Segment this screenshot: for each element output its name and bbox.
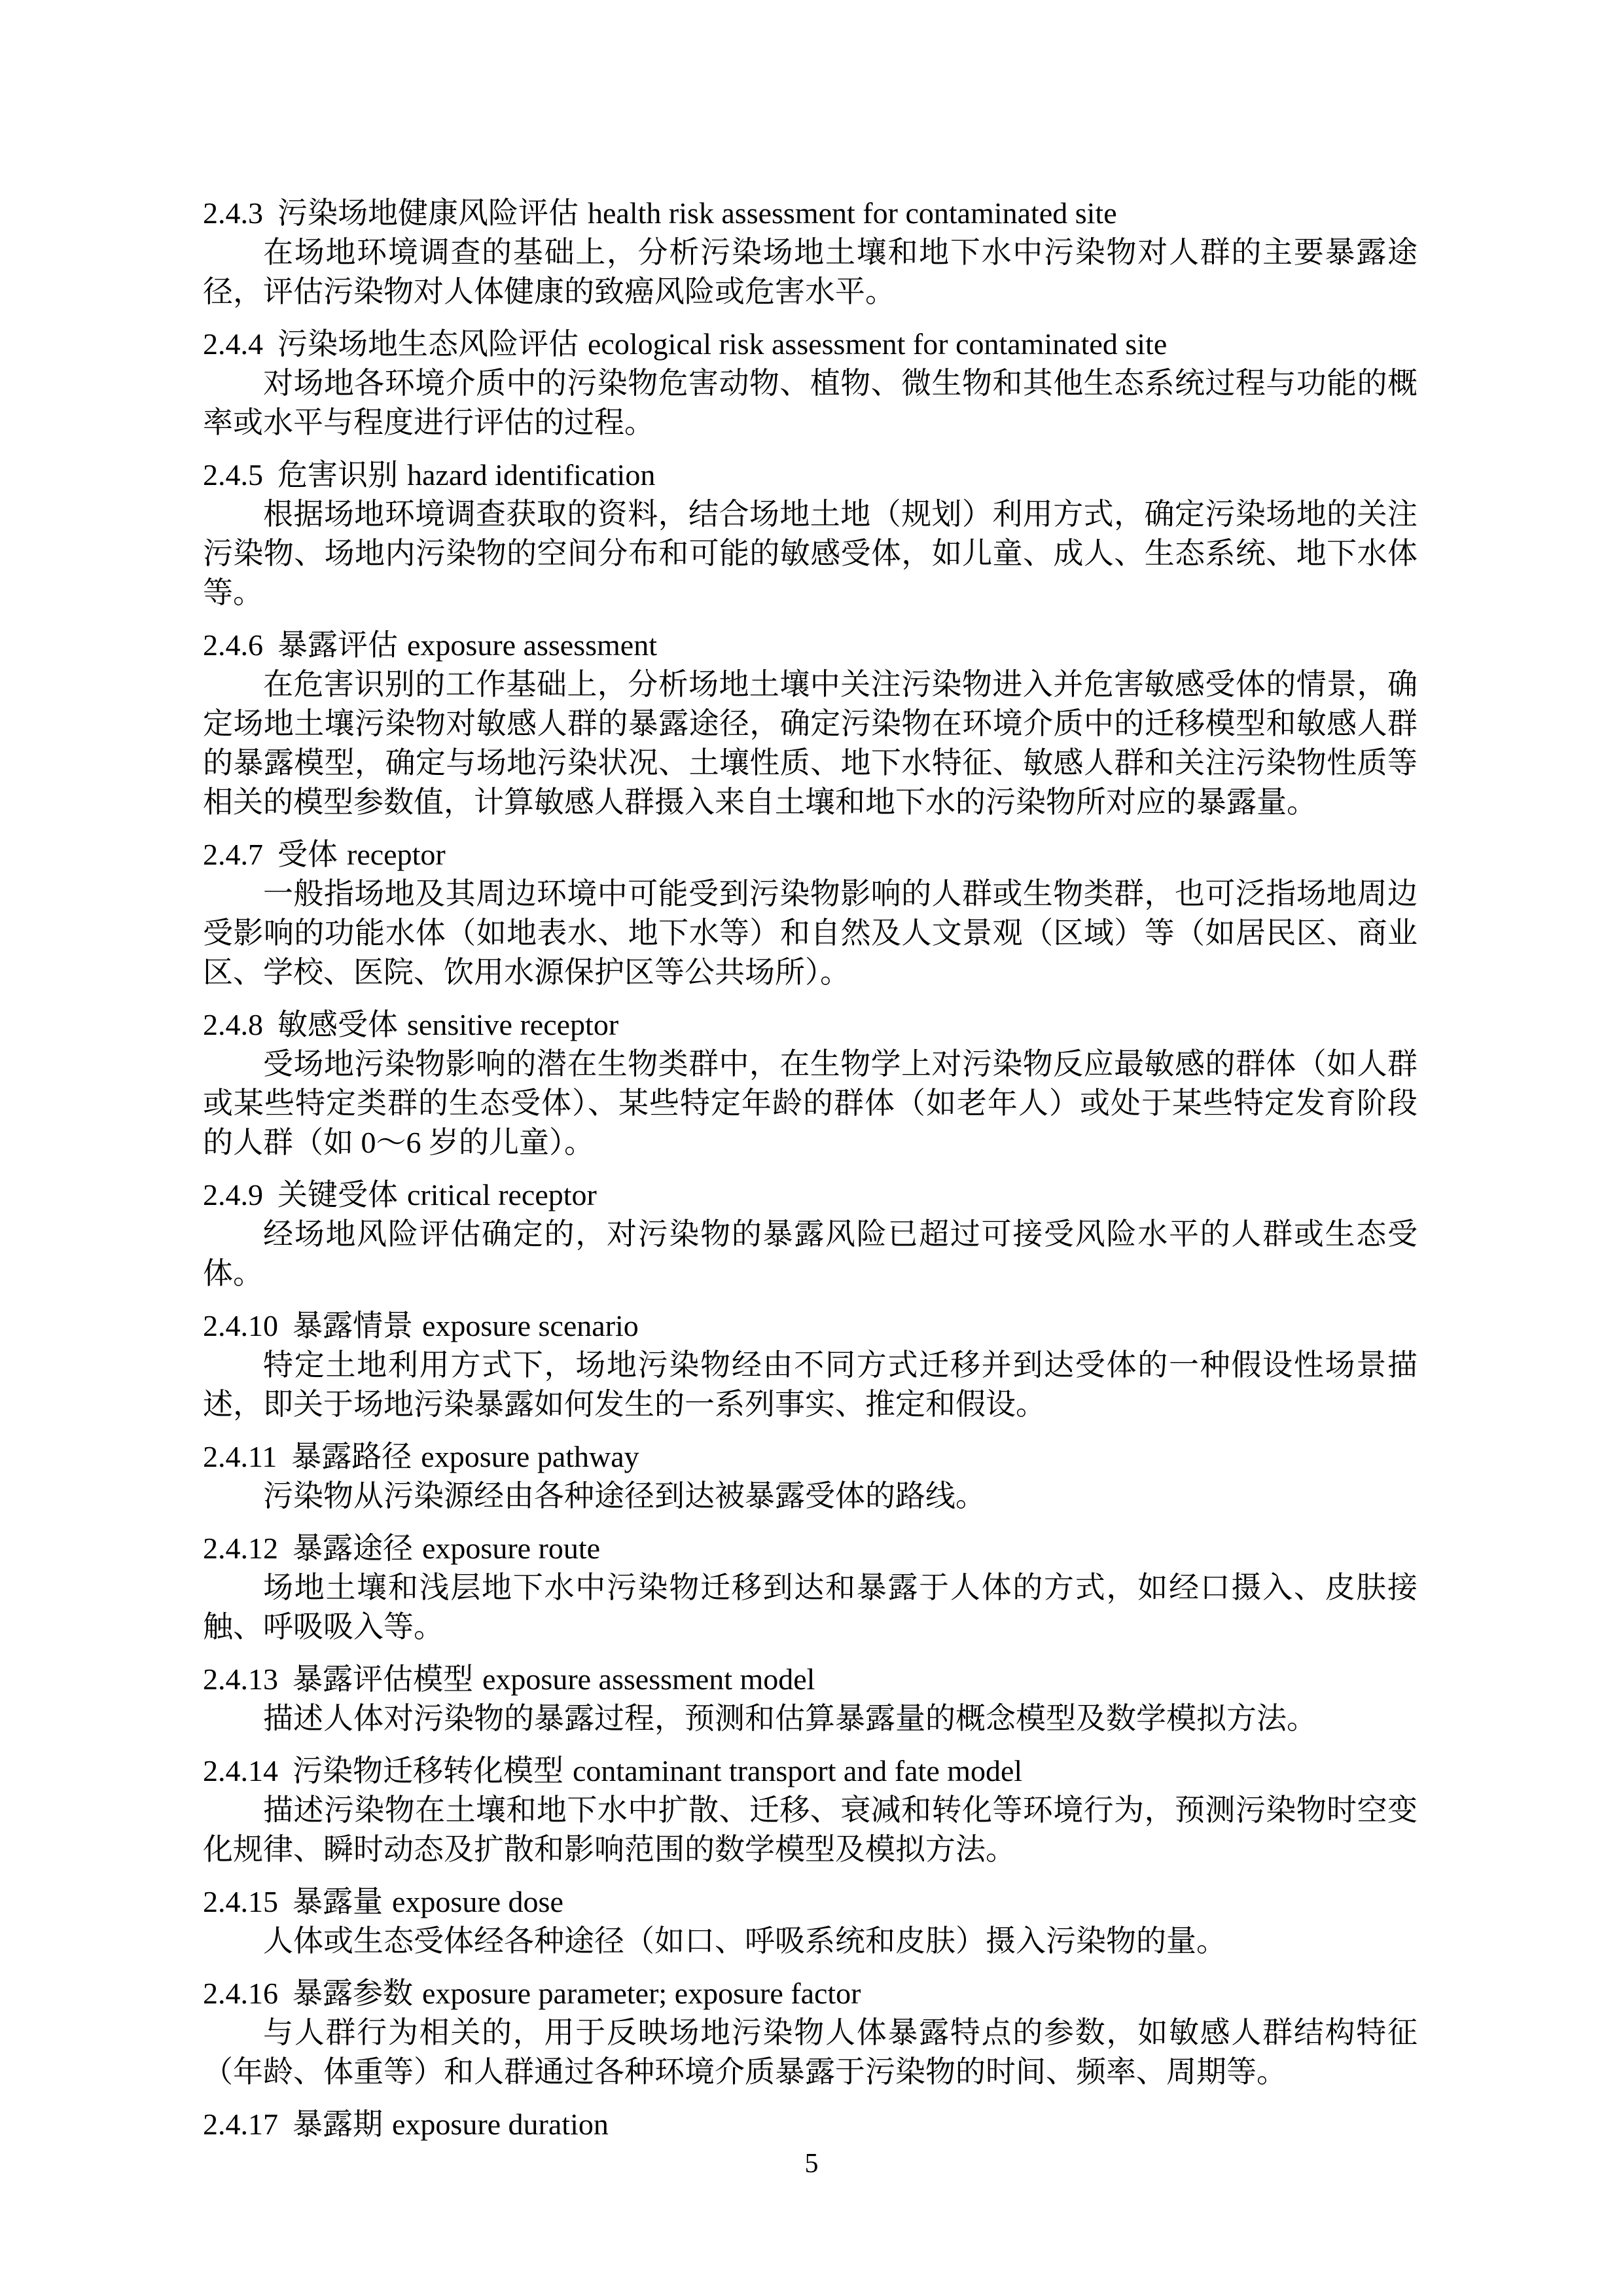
term-heading: 2.4.16暴露参数exposure parameter; exposure f… <box>203 1974 1418 2013</box>
term-section-2-4-5: 2.4.5危害识别hazard identification 根据场地环境调查获… <box>203 456 1418 613</box>
term-definition: 在危害识别的工作基础上，分析场地土壤中关注污染物进入并危害敏感受体的情景，确定场… <box>203 665 1418 822</box>
term-english: hazard identification <box>407 456 655 495</box>
term-number: 2.4.13 <box>203 1660 278 1699</box>
term-section-2-4-10: 2.4.10暴露情景exposure scenario 特定土地利用方式下，场地… <box>203 1306 1418 1424</box>
term-number: 2.4.5 <box>203 456 263 495</box>
term-number: 2.4.15 <box>203 1882 278 1922</box>
term-section-2-4-17: 2.4.17暴露期exposure duration <box>203 2105 1418 2144</box>
term-definition: 根据场地环境调查获取的资料，结合场地土地（规划）利用方式，确定污染场地的关注污染… <box>203 495 1418 613</box>
term-number: 2.4.10 <box>203 1306 278 1346</box>
term-english: exposure pathway <box>421 1437 639 1477</box>
term-chinese: 暴露评估模型 <box>293 1660 473 1699</box>
term-number: 2.4.7 <box>203 835 263 874</box>
term-english: exposure assessment <box>407 626 657 665</box>
term-number: 2.4.12 <box>203 1529 278 1568</box>
term-number: 2.4.3 <box>203 194 263 233</box>
term-heading: 2.4.10暴露情景exposure scenario <box>203 1306 1418 1346</box>
term-heading: 2.4.15暴露量exposure dose <box>203 1882 1418 1922</box>
term-definition: 场地土壤和浅层地下水中污染物迁移到达和暴露于人体的方式，如经口摄入、皮肤接触、呼… <box>203 1568 1418 1647</box>
term-section-2-4-16: 2.4.16暴露参数exposure parameter; exposure f… <box>203 1974 1418 2092</box>
term-english: exposure duration <box>392 2105 609 2144</box>
term-english: exposure dose <box>392 1882 563 1922</box>
term-english: exposure route <box>422 1529 600 1568</box>
term-section-2-4-3: 2.4.3污染场地健康风险评估health risk assessment fo… <box>203 194 1418 312</box>
term-heading: 2.4.9关键受体critical receptor <box>203 1175 1418 1215</box>
term-definition: 在场地环境调查的基础上，分析污染场地土壤和地下水中污染物对人群的主要暴露途径，评… <box>203 233 1418 312</box>
term-english: ecological risk assessment for contamina… <box>588 325 1167 364</box>
term-heading: 2.4.6暴露评估exposure assessment <box>203 626 1418 665</box>
term-section-2-4-13: 2.4.13暴露评估模型exposure assessment model 描述… <box>203 1660 1418 1738</box>
term-section-2-4-15: 2.4.15暴露量exposure dose 人体或生态受体经各种途径（如口、呼… <box>203 1882 1418 1961</box>
term-heading: 2.4.5危害识别hazard identification <box>203 456 1418 495</box>
term-chinese: 暴露期 <box>293 2105 383 2144</box>
term-definition: 对场地各环境介质中的污染物危害动物、植物、微生物和其他生态系统过程与功能的概率或… <box>203 364 1418 442</box>
term-chinese: 危害识别 <box>277 456 398 495</box>
term-chinese: 暴露路径 <box>291 1437 412 1477</box>
term-chinese: 暴露参数 <box>293 1974 413 2013</box>
term-definition: 描述人体对污染物的暴露过程，预测和估算暴露量的概念模型及数学模拟方法。 <box>203 1699 1418 1738</box>
term-definition: 污染物从污染源经由各种途径到达被暴露受体的路线。 <box>203 1477 1418 1516</box>
term-section-2-4-7: 2.4.7受体receptor 一般指场地及其周边环境中可能受到污染物影响的人群… <box>203 835 1418 992</box>
term-definition: 一般指场地及其周边环境中可能受到污染物影响的人群或生物类群，也可泛指场地周边受影… <box>203 874 1418 992</box>
term-english: health risk assessment for contaminated … <box>588 194 1117 233</box>
term-number: 2.4.14 <box>203 1751 278 1791</box>
term-chinese: 受体 <box>277 835 338 874</box>
term-section-2-4-14: 2.4.14污染物迁移转化模型contaminant transport and… <box>203 1751 1418 1869</box>
term-english: exposure scenario <box>422 1306 639 1346</box>
term-section-2-4-9: 2.4.9关键受体critical receptor 经场地风险评估确定的，对污… <box>203 1175 1418 1293</box>
term-section-2-4-8: 2.4.8敏感受体sensitive receptor 受场地污染物影响的潜在生… <box>203 1005 1418 1162</box>
term-heading: 2.4.4污染场地生态风险评估ecological risk assessmen… <box>203 325 1418 364</box>
page-number: 5 <box>0 2148 1623 2179</box>
term-chinese: 暴露量 <box>293 1882 383 1922</box>
term-heading: 2.4.8敏感受体sensitive receptor <box>203 1005 1418 1045</box>
term-definition: 受场地污染物影响的潜在生物类群中，在生物学上对污染物反应最敏感的群体（如人群或某… <box>203 1045 1418 1162</box>
term-english: contaminant transport and fate model <box>573 1751 1022 1791</box>
term-heading: 2.4.17暴露期exposure duration <box>203 2105 1418 2144</box>
term-definition: 经场地风险评估确定的，对污染物的暴露风险已超过可接受风险水平的人群或生态受体。 <box>203 1215 1418 1293</box>
term-heading: 2.4.14污染物迁移转化模型contaminant transport and… <box>203 1751 1418 1791</box>
term-english: sensitive receptor <box>407 1005 618 1045</box>
term-chinese: 污染场地生态风险评估 <box>277 325 579 364</box>
term-chinese: 暴露途径 <box>293 1529 413 1568</box>
term-chinese: 污染场地健康风险评估 <box>277 194 579 233</box>
term-heading: 2.4.3污染场地健康风险评估health risk assessment fo… <box>203 194 1418 233</box>
term-number: 2.4.6 <box>203 626 263 665</box>
term-definition: 人体或生态受体经各种途径（如口、呼吸系统和皮肤）摄入污染物的量。 <box>203 1922 1418 1961</box>
term-definition: 描述污染物在土壤和地下水中扩散、迁移、衰减和转化等环境行为，预测污染物时空变化规… <box>203 1791 1418 1869</box>
term-chinese: 敏感受体 <box>277 1005 398 1045</box>
term-english: exposure assessment model <box>482 1660 815 1699</box>
term-definition: 与人群行为相关的，用于反映场地污染物人体暴露特点的参数，如敏感人群结构特征（年龄… <box>203 2013 1418 2092</box>
term-chinese: 暴露评估 <box>277 626 398 665</box>
term-section-2-4-12: 2.4.12暴露途径exposure route 场地土壤和浅层地下水中污染物迁… <box>203 1529 1418 1647</box>
term-chinese: 污染物迁移转化模型 <box>293 1751 563 1791</box>
term-section-2-4-6: 2.4.6暴露评估exposure assessment 在危害识别的工作基础上… <box>203 626 1418 822</box>
term-english: exposure parameter; exposure factor <box>422 1974 861 2013</box>
term-number: 2.4.4 <box>203 325 263 364</box>
term-number: 2.4.11 <box>203 1437 277 1477</box>
term-chinese: 暴露情景 <box>293 1306 413 1346</box>
term-english: receptor <box>347 835 446 874</box>
term-definition: 特定土地利用方式下，场地污染物经由不同方式迁移并到达受体的一种假设性场景描述，即… <box>203 1346 1418 1424</box>
term-number: 2.4.17 <box>203 2105 278 2144</box>
term-heading: 2.4.13暴露评估模型exposure assessment model <box>203 1660 1418 1699</box>
term-number: 2.4.8 <box>203 1005 263 1045</box>
term-heading: 2.4.11暴露路径exposure pathway <box>203 1437 1418 1477</box>
term-heading: 2.4.12暴露途径exposure route <box>203 1529 1418 1568</box>
document-page: 2.4.3污染场地健康风险评估health risk assessment fo… <box>0 0 1623 2296</box>
term-section-2-4-4: 2.4.4污染场地生态风险评估ecological risk assessmen… <box>203 325 1418 442</box>
term-chinese: 关键受体 <box>277 1175 398 1215</box>
term-number: 2.4.9 <box>203 1175 263 1215</box>
term-section-2-4-11: 2.4.11暴露路径exposure pathway 污染物从污染源经由各种途径… <box>203 1437 1418 1516</box>
term-number: 2.4.16 <box>203 1974 278 2013</box>
term-heading: 2.4.7受体receptor <box>203 835 1418 874</box>
document-content: 2.4.3污染场地健康风险评估health risk assessment fo… <box>203 194 1418 2144</box>
term-english: critical receptor <box>407 1175 597 1215</box>
